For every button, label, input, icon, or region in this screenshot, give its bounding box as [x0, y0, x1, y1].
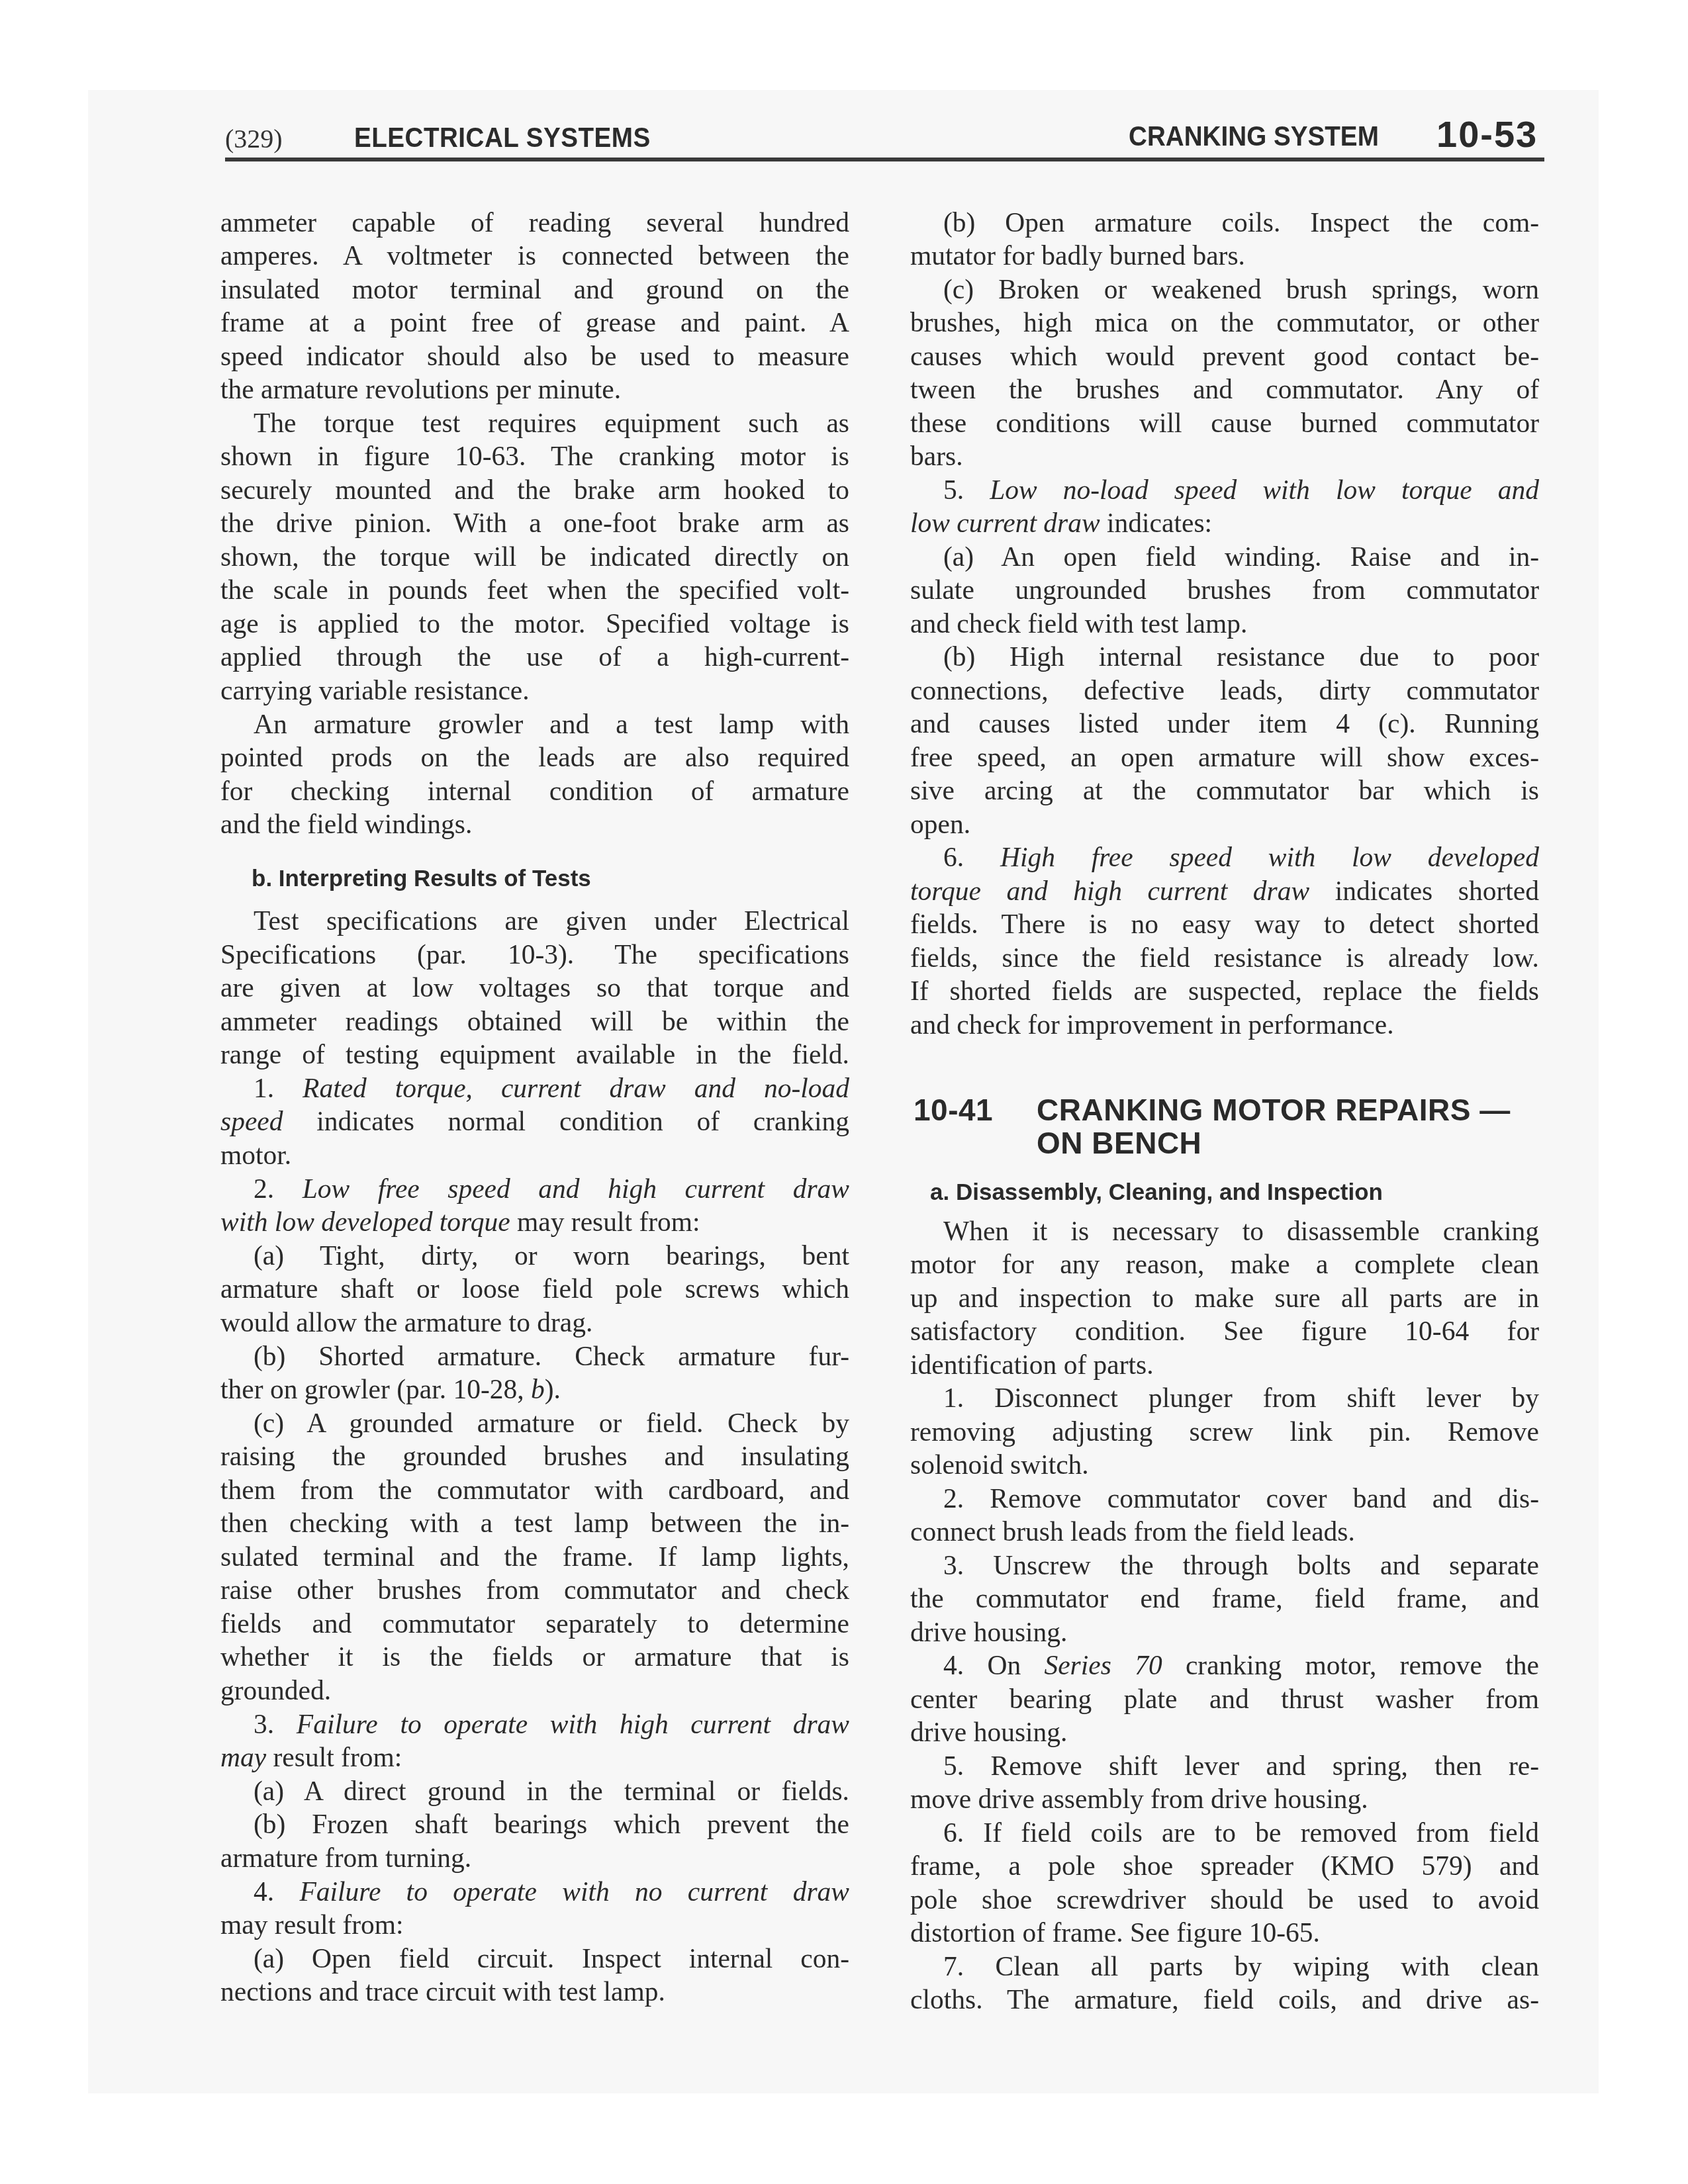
text-line: bars.: [910, 440, 1539, 472]
text-line: age is applied to the motor. Specified v…: [220, 608, 849, 639]
text-line: may result from:: [220, 1741, 849, 1773]
header-rule: [225, 158, 1544, 161]
section-title: CRANKING SYSTEM: [1129, 120, 1379, 160]
text-line: Test specifications are given under Elec…: [254, 905, 849, 936]
text-line: fields. There is no easy way to detect s…: [910, 908, 1539, 940]
text-line: for checking internal condition of armat…: [220, 775, 849, 807]
text-line: Specifications (par. 10-3). The specific…: [220, 938, 849, 970]
text-line: identification of parts.: [910, 1349, 1539, 1381]
list-item-4: 4. Failure to operate with no current dr…: [254, 1876, 849, 1907]
text-line: the commutator end frame, field frame, a…: [910, 1582, 1539, 1614]
sub-item-2b: (b) Shorted armature. Check armature fur…: [254, 1340, 849, 1372]
text-line: range of testing equipment available in …: [220, 1038, 849, 1070]
text-line: If shorted fields are suspected, replace…: [910, 975, 1539, 1007]
text-line: connections, defective leads, dirty comm…: [910, 674, 1539, 706]
text-line: drive housing.: [910, 1616, 1539, 1648]
list-item-1: 1. Rated torque, current draw and no-loa…: [254, 1072, 849, 1104]
text-line: would allow the armature to drag.: [220, 1306, 849, 1338]
text-line: tween the brushes and commutator. Any of: [910, 373, 1539, 405]
sub-item-4a: (a) Open field circuit. Inspect internal…: [254, 1942, 849, 1974]
text-line: shown, the torque will be indicated dire…: [220, 541, 849, 572]
text-line: distortion of frame. See figure 10-65.: [910, 1917, 1539, 1948]
list-item-2: 2. Low free speed and high current draw: [254, 1173, 849, 1205]
text-line: mutator for badly burned bars.: [910, 240, 1539, 271]
text-line: cloths. The armature, field coils, and d…: [910, 1983, 1539, 2015]
text-line: sulate ungrounded brushes from commutato…: [910, 574, 1539, 606]
text-line: carrying variable resistance.: [220, 674, 849, 706]
text-line: whether it is the fields or armature tha…: [220, 1641, 849, 1672]
text-line: the scale in pounds feet when the specif…: [220, 574, 849, 606]
text-line: with low developed torque may result fro…: [220, 1206, 849, 1238]
text-line: and check for improvement in performance…: [910, 1009, 1539, 1040]
text-line: center bearing plate and thrust washer f…: [910, 1683, 1539, 1715]
text-line: free speed, an open armature will show e…: [910, 741, 1539, 773]
text-line: amperes. A voltmeter is connected betwee…: [220, 240, 849, 271]
text-line: nections and trace circuit with test lam…: [220, 1976, 849, 2007]
text-line: fields and commutator separately to dete…: [220, 1608, 849, 1639]
list-item-5: 5. Low no-load speed with low torque and: [943, 474, 1539, 506]
text-line: low current draw indicates:: [910, 507, 1539, 539]
text-line: and the field windings.: [220, 808, 849, 840]
page-number: (329): [225, 123, 283, 163]
text-line: up and inspection to make sure all parts…: [910, 1282, 1539, 1314]
step-3: 3. Unscrew the through bolts and separat…: [943, 1549, 1539, 1581]
section-heading: CRANKING MOTOR REPAIRS —: [1037, 1092, 1511, 1128]
text-line: speed indicates normal condition of cran…: [220, 1105, 849, 1137]
text-line: fields, since the field resistance is al…: [910, 942, 1539, 974]
sub-item-5a: (a) An open field winding. Raise and in-: [943, 541, 1539, 572]
text-line: pointed prods on the leads are also requ…: [220, 741, 849, 773]
text-line: frame at a point free of grease and pain…: [220, 306, 849, 338]
subheading-interpreting-results: b. Interpreting Results of Tests: [252, 866, 591, 892]
text-line: ther on growler (par. 10-28, b).: [220, 1373, 849, 1405]
text-line: open.: [910, 808, 1539, 840]
sub-item-3a: (a) A direct ground in the terminal or f…: [254, 1775, 849, 1807]
step-7: 7. Clean all parts by wiping with clean: [943, 1950, 1539, 1982]
text-line: motor.: [220, 1139, 849, 1171]
text-line: An armature growler and a test lamp with: [254, 708, 849, 740]
step-1: 1. Disconnect plunger from shift lever b…: [943, 1382, 1539, 1414]
text-line: move drive assembly from drive housing.: [910, 1783, 1539, 1815]
list-item-6: 6. High free speed with low developed: [943, 841, 1539, 873]
section-number: 10-41: [914, 1092, 993, 1128]
text-line: applied through the use of a high-curren…: [220, 641, 849, 672]
text-line: motor for any reason, make a complete cl…: [910, 1248, 1539, 1280]
text-line: then checking with a test lamp between t…: [220, 1507, 849, 1539]
sub-item-3b: (b) Frozen shaft bearings which prevent …: [254, 1808, 849, 1840]
text-line: the armature revolutions per minute.: [220, 373, 849, 405]
text-line: securely mounted and the brake arm hooke…: [220, 474, 849, 506]
text-line: the drive pinion. With a one-foot brake …: [220, 507, 849, 539]
text-line: drive housing.: [910, 1716, 1539, 1748]
subheading-disassembly: a. Disassembly, Cleaning, and Inspection: [930, 1179, 1383, 1206]
text-line: When it is necessary to disassemble cran…: [943, 1215, 1539, 1247]
sub-item-4c: (c) Broken or weakened brush springs, wo…: [943, 273, 1539, 305]
sub-item-5b: (b) High internal resistance due to poor: [943, 641, 1539, 672]
sub-item-2c: (c) A grounded armature or field. Check …: [254, 1407, 849, 1439]
text-line: speed indicator should also be used to m…: [220, 340, 849, 372]
text-line: raising the grounded brushes and insulat…: [220, 1440, 849, 1472]
text-line: frame, a pole shoe spreader (KMO 579) an…: [910, 1850, 1539, 1882]
step-2: 2. Remove commutator cover band and dis-: [943, 1482, 1539, 1514]
text-line: connect brush leads from the field leads…: [910, 1516, 1539, 1547]
text-line: removing adjusting screw link pin. Remov…: [910, 1416, 1539, 1447]
text-line: ammeter readings obtained will be within…: [220, 1005, 849, 1037]
text-line: raise other brushes from commutator and …: [220, 1574, 849, 1606]
text-line: pole shoe screwdriver should be used to …: [910, 1884, 1539, 1915]
text-line: torque and high current draw indicates s…: [910, 875, 1539, 907]
text-line: these conditions will cause burned commu…: [910, 407, 1539, 439]
text-line: brushes, high mica on the commutator, or…: [910, 306, 1539, 338]
text-line: are given at low voltages so that torque…: [220, 972, 849, 1003]
text-line: armature shaft or loose field pole screw…: [220, 1273, 849, 1304]
text-line: insulated motor terminal and ground on t…: [220, 273, 849, 305]
section-heading-line2: ON BENCH: [1037, 1125, 1201, 1161]
list-item-3: 3. Failure to operate with high current …: [254, 1708, 849, 1740]
sub-item-4b: (b) Open armature coils. Inspect the com…: [943, 206, 1539, 238]
step-6: 6. If field coils are to be removed from…: [943, 1817, 1539, 1848]
step-4: 4. On Series 70 cranking motor, remove t…: [943, 1649, 1539, 1681]
text-line: shown in figure 10-63. The cranking moto…: [220, 440, 849, 472]
text-line: ammeter capable of reading several hundr…: [220, 206, 849, 238]
text-line: causes which would prevent good contact …: [910, 340, 1539, 372]
text-line: and check field with test lamp.: [910, 608, 1539, 639]
text-line: and causes listed under item 4 (c). Runn…: [910, 707, 1539, 739]
text-line: The torque test requires equipment such …: [254, 407, 849, 439]
folio: 10-53: [1436, 113, 1538, 152]
text-line: grounded.: [220, 1674, 849, 1706]
text-line: solenoid switch.: [910, 1449, 1539, 1480]
step-5: 5. Remove shift lever and spring, then r…: [943, 1750, 1539, 1782]
chapter-title: ELECTRICAL SYSTEMS: [354, 122, 651, 161]
text-line: sulated terminal and the frame. If lamp …: [220, 1541, 849, 1572]
text-line: them from the commutator with cardboard,…: [220, 1474, 849, 1506]
text-line: armature from turning.: [220, 1842, 849, 1874]
text-line: may result from:: [220, 1909, 849, 1940]
text-line: sive arcing at the commutator bar which …: [910, 774, 1539, 806]
text-line: satisfactory condition. See figure 10-64…: [910, 1315, 1539, 1347]
sub-item-2a: (a) Tight, dirty, or worn bearings, bent: [254, 1240, 849, 1271]
